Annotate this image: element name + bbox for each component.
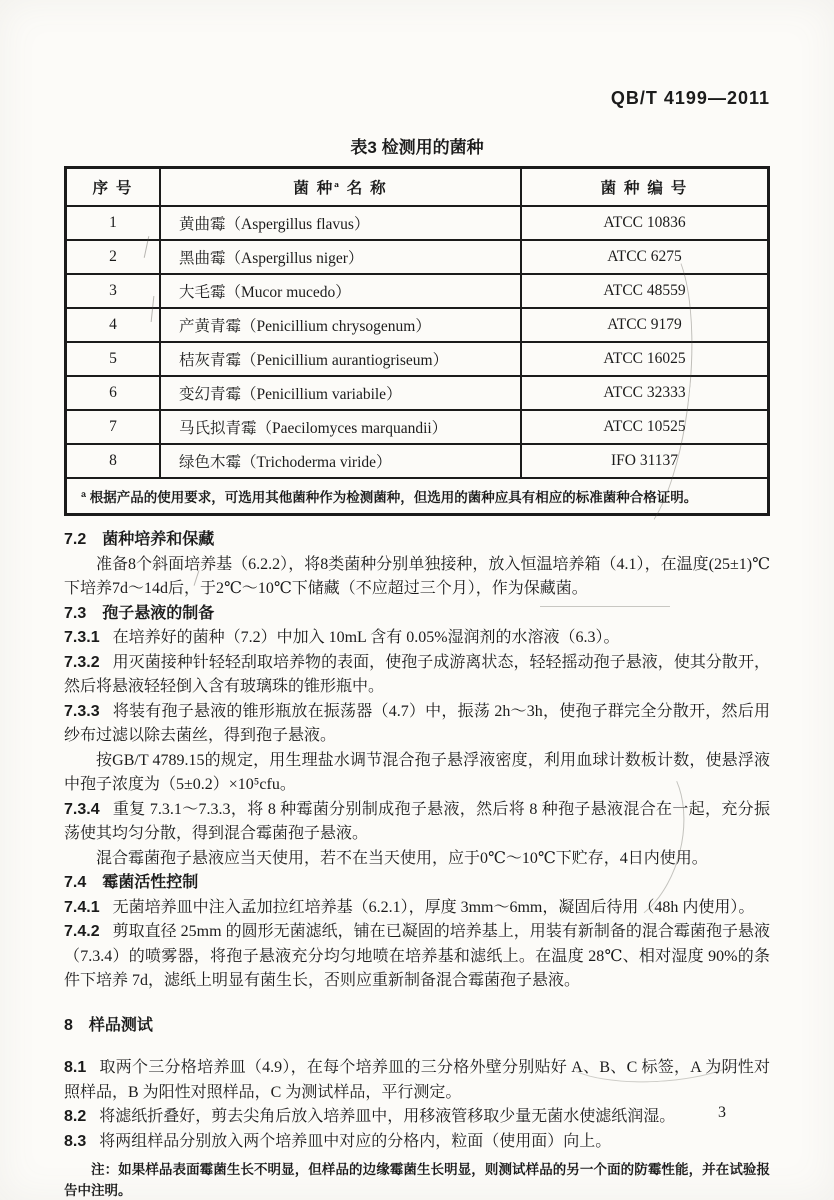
clause-number: 7.4.1 [64,899,100,916]
section-number: 7.4 [64,874,86,891]
strain-code: ATCC 48559 [521,274,769,308]
column-header-no: 序 号 [66,168,161,207]
strain-row: 7马氏拟青霉（Paecilomyces marquandii）ATCC 1052… [66,410,769,444]
section-title: 样品测试 [89,1017,153,1034]
clause-number: 7.4.2 [64,923,100,940]
strain-name: 变幻青霉（Penicillium variabile） [160,376,521,410]
clause-number: 8.3 [64,1133,86,1150]
document-page: QB/T 4199—2011 表3 检测用的菌种 序 号 菌 种ª 名 称 菌 … [0,0,834,1200]
section-heading: 7.4霉菌活性控制 [64,871,770,896]
clause-text: 将滤纸折叠好，剪去尖角后放入培养皿中，用移液管移取少量无菌水使滤纸润湿。 [99,1108,675,1125]
strain-no: 7 [66,410,161,444]
strain-row: 5桔灰青霉（Penicillium aurantiogriseum）ATCC 1… [66,342,769,376]
strain-row: 8绿色木霉（Trichoderma viride）IFO 31137 [66,444,769,478]
strain-code: ATCC 10836 [521,206,769,240]
section-title: 霉菌活性控制 [102,874,198,891]
clause-text: 将装有孢子悬液的锥形瓶放在振荡器（4.7）中，振荡 2h～3h，使孢子群完全分散… [64,703,770,745]
strains-table: 序 号 菌 种ª 名 称 菌 种 编 号 1黄曲霉（Aspergillus fl… [64,166,770,516]
strain-name: 产黄青霉（Penicillium chrysogenum） [160,308,521,342]
clause-paragraph: 8.3将两组样品分别放入两个培养皿中对应的分格内，粒面（使用面）向上。 [64,1130,770,1155]
strain-row: 2黑曲霉（Aspergillus niger）ATCC 6275 [66,240,769,274]
column-header-strain-name: 菌 种ª 名 称 [160,168,521,207]
strain-code: ATCC 16025 [521,342,769,376]
strain-code: ATCC 6275 [521,240,769,274]
section-number: 8 [64,1017,73,1034]
note-paragraph: 注：如果样品表面霉菌生长不明显，但样品的边缘霉菌生长明显，则测试样品的另一个面的… [64,1159,770,1200]
section-number: 7.2 [64,531,86,548]
standard-code: QB/T 4199—2011 [64,0,770,109]
body-paragraph: 准备8个斜面培养基（6.2.2），将8类菌种分别单独接种，放入恒温培养箱（4.1… [64,553,770,602]
strain-name: 马氏拟青霉（Paecilomyces marquandii） [160,410,521,444]
clause-paragraph: 7.3.1在培养好的菌种（7.2）中加入 10mL 含有 0.05%湿润剂的水溶… [64,626,770,651]
strain-code: ATCC 32333 [521,376,769,410]
section-number: 7.3 [64,605,86,622]
section-title: 菌种培养和保藏 [102,531,214,548]
strain-code: ATCC 10525 [521,410,769,444]
clause-number: 7.3.4 [64,801,100,818]
strain-row: 6变幻青霉（Penicillium variabile）ATCC 32333 [66,376,769,410]
clause-text: 无菌培养皿中注入孟加拉红培养基（6.2.1），厚度 3mm～6mm，凝固后待用（… [113,899,755,916]
strain-name: 黄曲霉（Aspergillus flavus） [160,206,521,240]
clause-text: 在培养好的菌种（7.2）中加入 10mL 含有 0.05%湿润剂的水溶液（6.3… [113,629,620,646]
document-body: 7.2菌种培养和保藏准备8个斜面培养基（6.2.2），将8类菌种分别单独接种，放… [64,528,770,1200]
strain-name: 大毛霉（Mucor mucedo） [160,274,521,308]
strain-row: 4产黄青霉（Penicillium chrysogenum）ATCC 9179 [66,308,769,342]
section-title: 孢子悬液的制备 [102,605,214,622]
table-footnote: ª 根据产品的使用要求，可选用其他菌种作为检测菌种，但选用的菌种应具有相应的标准… [66,478,769,515]
strain-no: 1 [66,206,161,240]
clause-paragraph: 7.4.2剪取直径 25mm 的圆形无菌滤纸，铺在已凝固的培养基上，用装有新制备… [64,920,770,994]
strain-no: 6 [66,376,161,410]
strain-code: ATCC 9179 [521,308,769,342]
clause-number: 7.3.3 [64,703,100,720]
strain-row: 1黄曲霉（Aspergillus flavus）ATCC 10836 [66,206,769,240]
table-title: 表3 检测用的菌种 [64,133,770,158]
strain-code: IFO 31137 [521,444,769,478]
body-paragraph: 按GB/T 4789.15的规定，用生理盐水调节混合孢子悬浮液密度，利用血球计数… [64,749,770,798]
clause-text: 剪取直径 25mm 的圆形无菌滤纸，铺在已凝固的培养基上，用装有新制备的混合霉菌… [64,923,770,989]
clause-text: 用灭菌接种针轻轻刮取培养物的表面，使孢子成游离状态，轻轻摇动孢子悬液，使其分散开… [64,654,770,696]
clause-paragraph: 7.4.1无菌培养皿中注入孟加拉红培养基（6.2.1），厚度 3mm～6mm，凝… [64,896,770,921]
clause-number: 7.3.1 [64,629,100,646]
strain-no: 2 [66,240,161,274]
strain-name: 黑曲霉（Aspergillus niger） [160,240,521,274]
strain-no: 4 [66,308,161,342]
clause-paragraph: 7.3.4重复 7.3.1～7.3.3，将 8 种霉菌分别制成孢子悬液，然后将 … [64,798,770,847]
body-paragraph: 混合霉菌孢子悬液应当天使用，若不在当天使用，应于0℃～10℃下贮存，4日内使用。 [64,847,770,872]
section-heading: 7.3孢子悬液的制备 [64,602,770,627]
strains-table-header: 序 号 菌 种ª 名 称 菌 种 编 号 [66,168,769,207]
section-heading: 7.2菌种培养和保藏 [64,528,770,553]
clause-number: 8.2 [64,1108,86,1125]
strain-no: 8 [66,444,161,478]
strain-name: 绿色木霉（Trichoderma viride） [160,444,521,478]
clause-text: 重复 7.3.1～7.3.3，将 8 种霉菌分别制成孢子悬液，然后将 8 种孢子… [64,801,770,843]
strain-row: 3大毛霉（Mucor mucedo）ATCC 48559 [66,274,769,308]
clause-paragraph: 7.3.2用灭菌接种针轻轻刮取培养物的表面，使孢子成游离状态，轻轻摇动孢子悬液，… [64,651,770,700]
clause-paragraph: 7.3.3将装有孢子悬液的锥形瓶放在振荡器（4.7）中，振荡 2h～3h，使孢子… [64,700,770,749]
page-number: 3 [718,1104,726,1122]
clause-text: 取两个三分格培养皿（4.9），在每个培养皿的三分格外壁分别贴好 A、B、C 标签… [64,1059,770,1101]
clause-text: 将两组样品分别放入两个培养皿中对应的分格内，粒面（使用面）向上。 [99,1133,611,1150]
strains-table-body: 1黄曲霉（Aspergillus flavus）ATCC 108362黑曲霉（A… [66,206,769,478]
column-header-strain-code: 菌 种 编 号 [521,168,769,207]
clause-paragraph: 8.1取两个三分格培养皿（4.9），在每个培养皿的三分格外壁分别贴好 A、B、C… [64,1056,770,1105]
strain-no: 5 [66,342,161,376]
clause-number: 8.1 [64,1059,86,1076]
section-heading: 8样品测试 [64,1014,770,1039]
strain-name: 桔灰青霉（Penicillium aurantiogriseum） [160,342,521,376]
clause-number: 7.3.2 [64,654,100,671]
strain-no: 3 [66,274,161,308]
clause-paragraph: 8.2将滤纸折叠好，剪去尖角后放入培养皿中，用移液管移取少量无菌水使滤纸润湿。 [64,1105,770,1130]
